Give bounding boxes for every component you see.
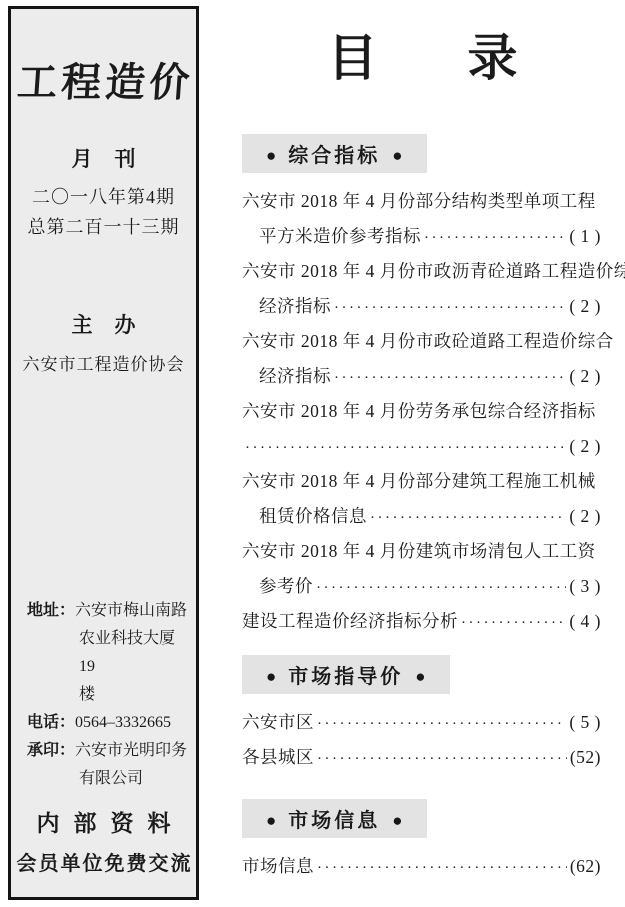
internal-material-note: 内部资料	[11, 805, 196, 838]
dot-leader: ········································…	[245, 431, 566, 466]
toc-entry-title-line: 六安市 2018 年 4 月份部分结构类型单项工程	[242, 184, 601, 219]
toc-entry-text: 市场信息	[242, 849, 314, 884]
page-number: ( 5 )	[569, 705, 601, 740]
toc-entry-text: 各县城区	[242, 740, 314, 775]
cumulative-issue-number: 总第二百一十三期	[11, 213, 196, 239]
organizer-name: 六安市工程造价协会	[11, 350, 196, 375]
toc-entry-page-line: 参考价·····································…	[242, 569, 601, 604]
page-number: ( 1 )	[569, 219, 601, 254]
toc-entry-text: 六安市 2018 年 4 月份劳务承包综合经济指标	[242, 394, 596, 429]
printer-value: 六安市光明印务	[75, 742, 187, 759]
toc-entry-page-line: 市场信息····································…	[242, 849, 601, 884]
toc-entry-title-line: 六安市 2018 年 4 月份市政砼道路工程造价综合	[242, 324, 601, 359]
toc-entry-text: 建设工程造价经济指标分析	[242, 604, 458, 639]
toc-entry-text: 六安市 2018 年 4 月份市政砼道路工程造价综合	[242, 324, 614, 359]
section-header-label: 市场信息	[288, 810, 380, 832]
toc-entry-title-line: 六安市 2018 年 4 月份劳务承包综合经济指标	[242, 394, 601, 429]
page-number: ( 2 )	[569, 359, 601, 394]
dot-leader: ········································…	[317, 707, 566, 742]
bullet-icon: ●	[266, 667, 276, 686]
toc-entry-list: 六安市区····································…	[230, 705, 615, 775]
address-value-cont: 农业科技大厦 19	[27, 625, 190, 681]
section-header: ●综合指标●	[242, 134, 427, 173]
phone-label: 电话：	[27, 714, 75, 731]
toc-sections: ●综合指标●六安市 2018 年 4 月份部分结构类型单项工程平方米造价参考指标…	[230, 90, 615, 884]
toc-title: 目录	[230, 18, 615, 90]
printer-value-cont: 有限公司	[27, 765, 190, 793]
printer-label: 承印：	[27, 742, 75, 759]
dot-leader: ········································…	[317, 742, 567, 777]
dot-leader: ········································…	[334, 291, 566, 326]
toc-entry-page-line: 经济指标····································…	[242, 289, 601, 324]
issue-number: 二〇一八年第4期	[11, 183, 196, 209]
toc-entry-page-line: 六安市区····································…	[242, 705, 601, 740]
address-value-cont: 楼	[27, 681, 190, 709]
dot-leader: ········································…	[461, 606, 566, 641]
page-number: ( 4 )	[569, 604, 601, 639]
phone-value: 0564–3332665	[75, 714, 171, 731]
toc-entry-text: 参考价	[242, 569, 313, 604]
page-number: ( 2 )	[569, 429, 601, 464]
section-header-label: 市场指导价	[288, 666, 403, 688]
toc-entry-page-line: 经济指标····································…	[242, 359, 601, 394]
toc-entry-page-line: 建设工程造价经济指标分析····························…	[242, 604, 601, 639]
phone-line: 电话：0564–3332665	[27, 709, 190, 737]
page-number: (62)	[570, 849, 601, 884]
bullet-icon: ●	[392, 146, 402, 165]
bullet-icon: ●	[266, 146, 276, 165]
toc-entry-page-line: 租赁价格信息··································…	[242, 499, 601, 534]
page-number: ( 2 )	[569, 499, 601, 534]
toc-entry-list: 市场信息····································…	[230, 849, 615, 884]
toc-entry-text: 六安市 2018 年 4 月份部分建筑工程施工机械	[242, 464, 596, 499]
member-exchange-note: 会员单位免费交流	[11, 847, 196, 876]
journal-frequency: 月刊	[11, 143, 196, 173]
address-value: 六安市梅山南路	[75, 602, 187, 619]
page-number: ( 3 )	[569, 569, 601, 604]
toc-entry-page-line: ········································…	[242, 429, 601, 464]
toc-entry-text: 经济指标	[242, 289, 331, 324]
dot-leader: ········································…	[370, 501, 566, 536]
address-line: 地址：六安市梅山南路	[27, 597, 190, 625]
journal-title: 工程造价	[9, 51, 198, 108]
dot-leader: ········································…	[424, 221, 566, 256]
address-label: 地址：	[27, 602, 75, 619]
journal-cover-panel: 工程造价 月刊 二〇一八年第4期 总第二百一十三期 主办 六安市工程造价协会 地…	[8, 6, 199, 900]
toc-entry-title-line: 六安市 2018 年 4 月份建筑市场清包人工工资	[242, 534, 601, 569]
toc-entry-list: 六安市 2018 年 4 月份部分结构类型单项工程平方米造价参考指标······…	[230, 184, 615, 639]
toc-panel: 目录 ●综合指标●六安市 2018 年 4 月份部分结构类型单项工程平方米造价参…	[230, 0, 615, 884]
dot-leader: ········································…	[334, 361, 566, 396]
section-header: ●市场指导价●	[242, 655, 450, 694]
dot-leader: ········································…	[316, 571, 566, 606]
toc-entry-text: 六安市 2018 年 4 月份市政沥青砼道路工程造价综合	[242, 254, 625, 289]
toc-entry-text: 六安市 2018 年 4 月份部分结构类型单项工程	[242, 184, 596, 219]
bullet-icon: ●	[392, 811, 402, 830]
toc-entry-title-line: 六安市 2018 年 4 月份部分建筑工程施工机械	[242, 464, 601, 499]
bullet-icon: ●	[415, 667, 425, 686]
page-number: (52)	[570, 740, 601, 775]
toc-entry-text: 平方米造价参考指标	[242, 219, 421, 254]
section-header: ●市场信息●	[242, 799, 427, 838]
toc-entry-text: 六安市区	[242, 705, 314, 740]
toc-entry-text: 六安市 2018 年 4 月份建筑市场清包人工工资	[242, 534, 596, 569]
printer-line: 承印：六安市光明印务	[27, 737, 190, 765]
toc-entry-page-line: 各县城区····································…	[242, 740, 601, 775]
bullet-icon: ●	[266, 811, 276, 830]
toc-entry-text: 租赁价格信息	[242, 499, 367, 534]
toc-entry-page-line: 平方米造价参考指标·······························…	[242, 219, 601, 254]
toc-entry-text: 经济指标	[242, 359, 331, 394]
organizer-label: 主办	[11, 309, 196, 339]
dot-leader: ········································…	[317, 851, 567, 886]
publisher-info-block: 地址：六安市梅山南路 农业科技大厦 19 楼 电话：0564–3332665 承…	[27, 597, 190, 793]
toc-entry-title-line: 六安市 2018 年 4 月份市政沥青砼道路工程造价综合	[242, 254, 601, 289]
page-number: ( 2 )	[569, 289, 601, 324]
section-header-label: 综合指标	[288, 145, 380, 167]
